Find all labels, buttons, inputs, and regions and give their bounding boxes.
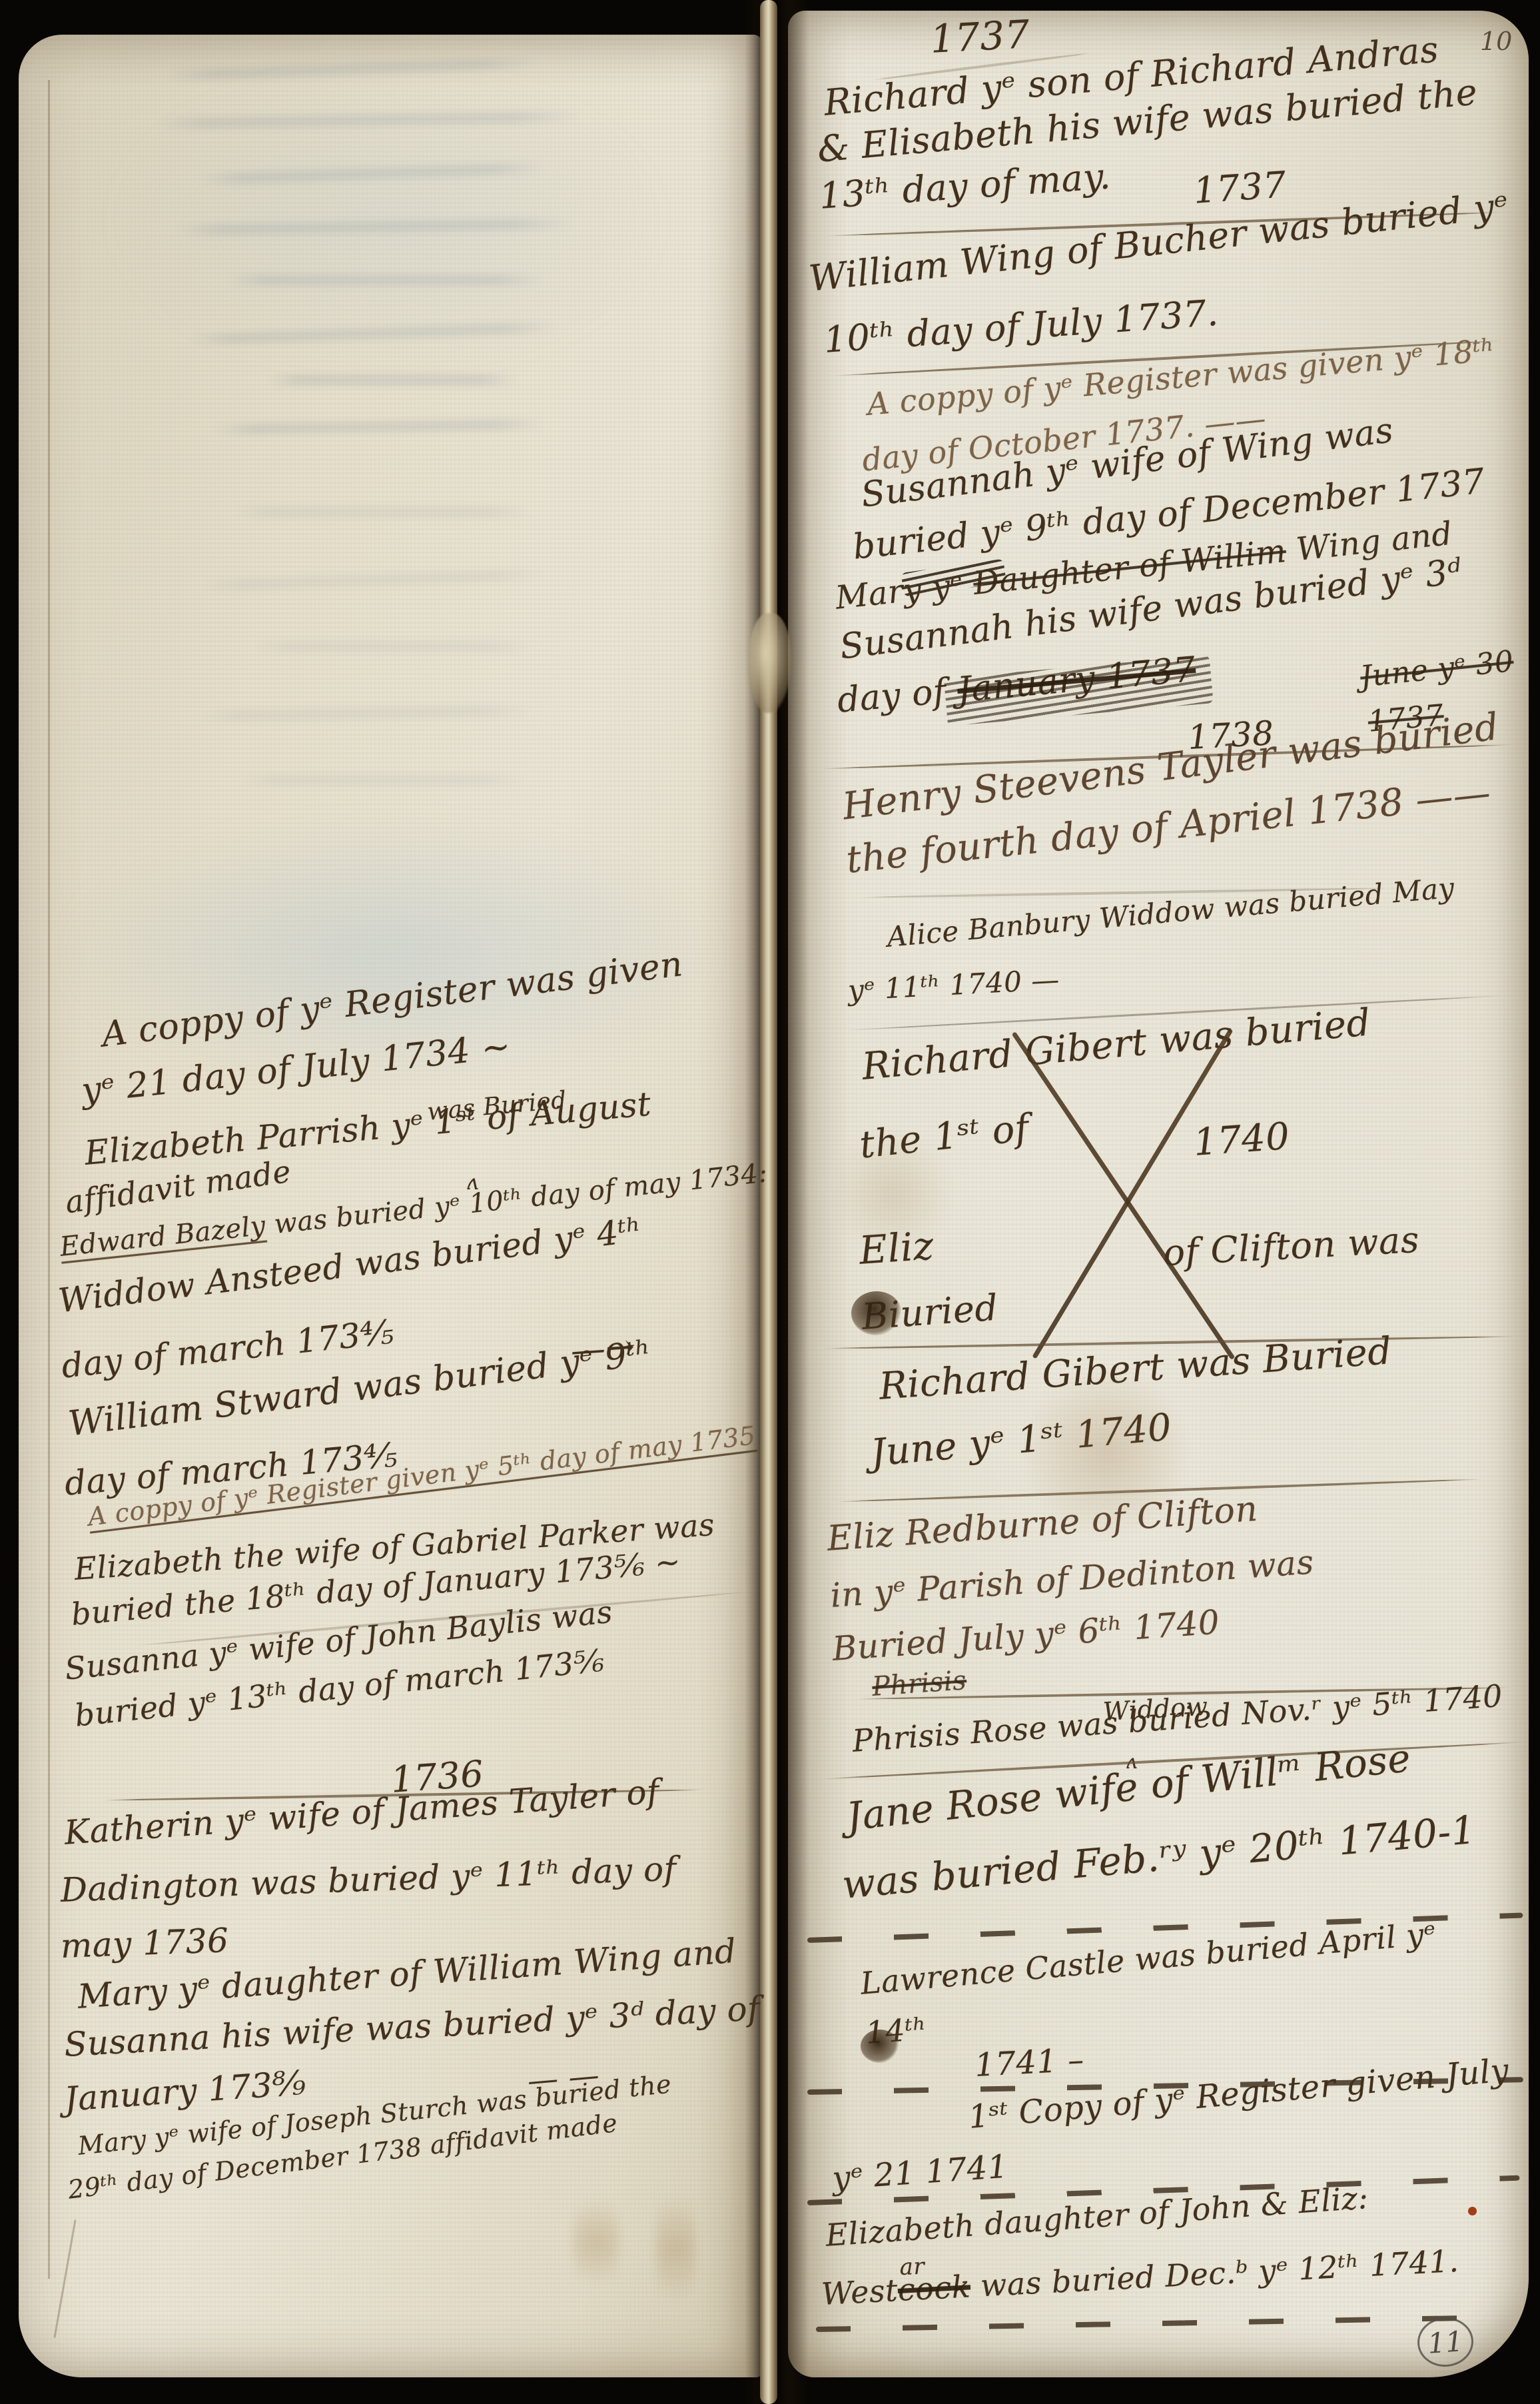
phrisis-struck-word: Phrisis [871,1667,967,1700]
bleedthrough-line [240,774,526,786]
castle-entry-year: 1741 – [974,2044,1085,2082]
binding-knot [749,613,791,713]
westcott-name-struck: cock [897,2268,971,2308]
underleaf-edge [48,80,50,2279]
page-number-10: 10 [1480,27,1512,56]
ink-blot [861,2030,899,2063]
stain [1026,1359,1186,1546]
tayler-entry-line3: may 1736 [60,1924,229,1963]
westcott-name-start: West [821,2272,899,2312]
bleedthrough-line [226,275,546,286]
andras-entry-year: 1737 [1192,167,1288,209]
ink-blot [851,1291,902,1335]
stain [656,2179,696,2319]
red-speck [1468,2207,1477,2215]
bleedthrough-line [233,506,533,518]
binding-cord [760,0,777,2404]
gibert-crossed-entry-year: 1740 [1192,1118,1291,1162]
bleedthrough-line [266,374,520,386]
stain [833,1126,953,1259]
bleedthrough-line [253,641,533,652]
stain [573,2185,619,2299]
register-scan: A coppy of yᵉ Register was given yᵉ 21 d… [0,0,1540,2404]
page-number-11-value: 11 [1427,2325,1465,2360]
year-heading-1737: 1737 [929,15,1030,59]
